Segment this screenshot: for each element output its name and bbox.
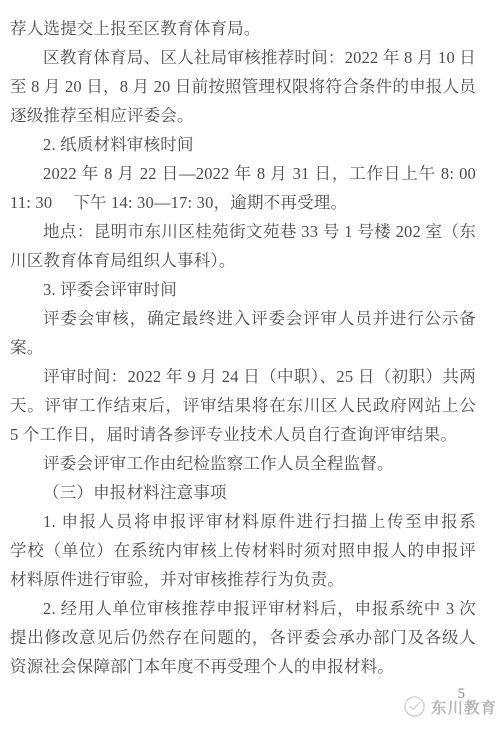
- document-line: 材料原件进行审验，并对审核推荐行为负责。: [10, 565, 476, 594]
- seal-logo-icon: [403, 695, 426, 718]
- document-line: 评委会审核，确定最终进入评委会评审人员并进行公示备: [10, 304, 476, 333]
- watermark: 东川教育: [403, 695, 497, 718]
- document-line: 5 个工作日，届时请各参评专业技术人员自行查询评审结果。: [10, 420, 476, 449]
- document-line: 1. 申报人员将申报评审材料原件进行扫描上传至申报系统。: [10, 507, 476, 536]
- document-body: 荐人选提交上报至区教育体育局。 区教育体育局、区人社局审核推荐时间：2022 年…: [10, 14, 476, 681]
- scanned-document-page: 荐人选提交上报至区教育体育局。 区教育体育局、区人社局审核推荐时间：2022 年…: [0, 0, 502, 730]
- document-line: 11: 30 下午 14: 30—17: 30，逾期不再受理。: [10, 188, 476, 217]
- document-line: 提出修改意见后仍然存在问题的，各评委会承办部门及各级人力: [10, 623, 476, 652]
- document-line: 2. 经用人单位审核推荐申报评审材料后，申报系统中 3 次: [10, 594, 476, 623]
- document-line: 川区教育体育局组织人事科）。: [10, 246, 476, 275]
- document-line: （三）申报材料注意事项: [10, 478, 476, 507]
- document-line: 评审时间：2022 年 9 月 24 日（中职）、25 日（初职）共两: [10, 362, 476, 391]
- document-line: 区教育体育局、区人社局审核推荐时间：2022 年 8 月 10 日: [10, 43, 476, 72]
- document-line: 3. 评委会评审时间: [10, 275, 476, 304]
- document-line: 天。评审工作结束后，评审结果将在东川区人民政府网站上公示: [10, 391, 476, 420]
- document-line: 至 8 月 20 日，8 月 20 日前按照管理权限将符合条件的申报人员: [10, 72, 476, 101]
- document-line: 学校（单位）在系统内审核上传材料时须对照申报人的申报评审: [10, 536, 476, 565]
- document-line: 地点：昆明市东川区桂苑街文苑巷 33 号 1 号楼 202 室（东: [10, 217, 476, 246]
- document-line: 荐人选提交上报至区教育体育局。: [10, 14, 476, 43]
- document-line: 2022 年 8 月 22 日—2022 年 8 月 31 日，工作日上午 8:…: [10, 159, 476, 188]
- document-line: 资源社会保障部门本年度不再受理个人的申报材料。: [10, 652, 476, 681]
- watermark-label: 东川教育: [431, 696, 497, 718]
- document-line: 逐级推荐至相应评委会。: [10, 101, 476, 130]
- document-line: 案。: [10, 333, 476, 362]
- document-line: 2. 纸质材料审核时间: [10, 130, 476, 159]
- document-line: 评委会评审工作由纪检监察工作人员全程监督。: [10, 449, 476, 478]
